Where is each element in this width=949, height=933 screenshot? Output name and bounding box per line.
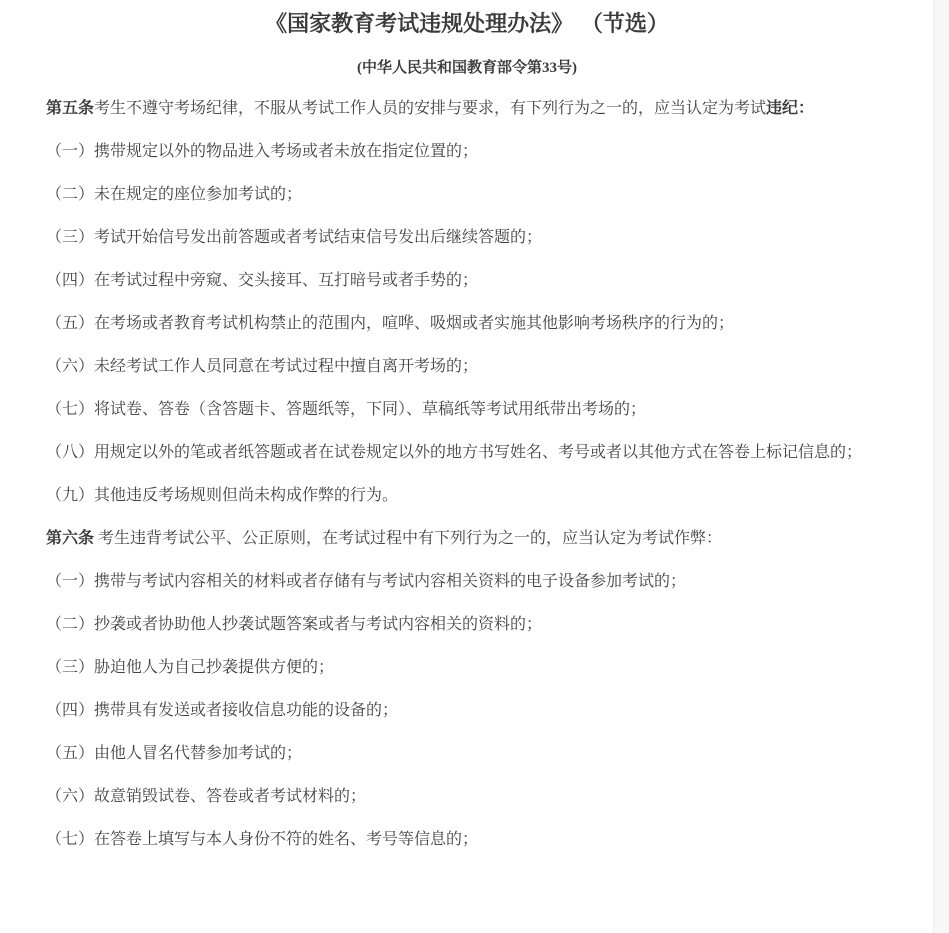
article-6-item-3: （三）胁迫他人为自己抄袭提供方便的； xyxy=(8,651,926,684)
article-5-item-6: （六）未经考试工作人员同意在考试过程中擅自离开考场的； xyxy=(8,350,926,383)
article-5-item-1: （一）携带规定以外的物品进入考场或者未放在指定位置的； xyxy=(8,135,926,168)
document-content: 《国家教育考试违规处理办法》 （节选） (中华人民共和国教育部令第33号) 第五… xyxy=(0,0,934,933)
article-6-item-5: （五）由他人冒名代替参加考试的； xyxy=(8,737,926,770)
article-6-item-4: （四）携带具有发送或者接收信息功能的设备的； xyxy=(8,694,926,727)
article-6-item-7: （七）在答卷上填写与本人身份不符的姓名、考号等信息的； xyxy=(8,823,926,856)
article-5-intro-bold: 违纪： xyxy=(766,100,814,117)
article-5-intro-text: 考生不遵守考场纪律，不服从考试工作人员的安排与要求，有下列行为之一的，应当认定为… xyxy=(94,100,766,117)
article-5-number: 第五条 xyxy=(46,100,94,117)
document-title: 《国家教育考试违规处理办法》 （节选） xyxy=(8,10,926,40)
article-5-item-5: （五）在考场或者教育考试机构禁止的范围内，喧哗、吸烟或者实施其他影响考场秩序的行… xyxy=(8,307,926,340)
article-6-intro: 第六条 考生违背考试公平、公正原则，在考试过程中有下列行为之一的，应当认定为考试… xyxy=(8,522,926,555)
article-6-item-2: （二）抄袭或者协助他人抄袭试题答案或者与考试内容相关的资料的； xyxy=(8,608,926,641)
article-5-item-9: （九）其他违反考场规则但尚未构成作弊的行为。 xyxy=(8,479,926,512)
article-6-intro-text: 考生违背考试公平、公正原则，在考试过程中有下列行为之一的，应当认定为考试作弊： xyxy=(94,530,722,547)
scrollbar-track[interactable] xyxy=(933,0,949,933)
article-6-item-1: （一）携带与考试内容相关的材料或者存储有与考试内容相关资料的电子设备参加考试的； xyxy=(8,565,926,598)
article-5-intro: 第五条考生不遵守考场纪律，不服从考试工作人员的安排与要求，有下列行为之一的，应当… xyxy=(8,92,926,125)
article-5-item-7: （七）将试卷、答卷（含答题卡、答题纸等，下同）、草稿纸等考试用纸带出考场的； xyxy=(8,393,926,426)
document-subtitle: (中华人民共和国教育部令第33号) xyxy=(8,58,926,78)
article-5-item-2: （二）未在规定的座位参加考试的； xyxy=(8,178,926,211)
article-6-number: 第六条 xyxy=(46,530,94,547)
document-page: { "page": { "title": "《国家教育考试违规处理办法》 （节选… xyxy=(0,0,949,933)
article-5-item-3: （三）考试开始信号发出前答题或者考试结束信号发出后继续答题的； xyxy=(8,221,926,254)
article-5-item-4: （四）在考试过程中旁窥、交头接耳、互打暗号或者手势的； xyxy=(8,264,926,297)
article-5-item-8: （八）用规定以外的笔或者纸答题或者在试卷规定以外的地方书写姓名、考号或者以其他方… xyxy=(8,436,926,469)
article-6-item-6: （六）故意销毁试卷、答卷或者考试材料的； xyxy=(8,780,926,813)
